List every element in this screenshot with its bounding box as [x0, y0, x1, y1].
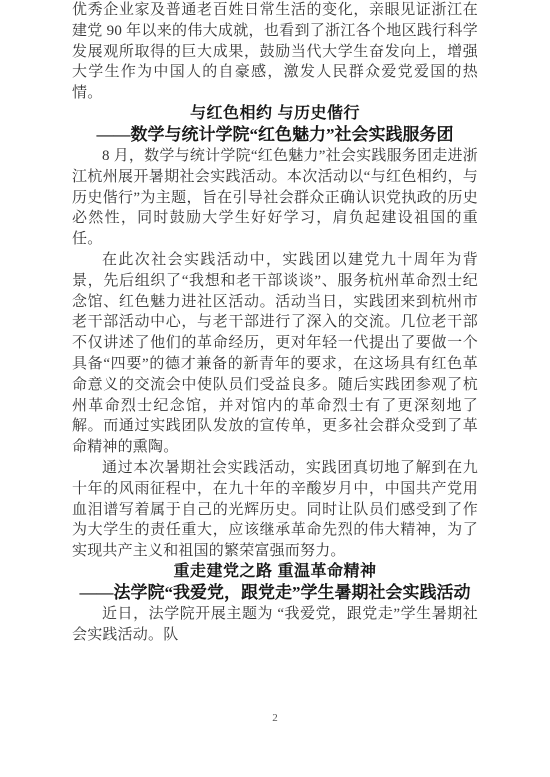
section-red-charm: 与红色相约 与历史偕行 ——数学与统计学院“红色魅力”社会实践服务团 8 月，数… [72, 104, 478, 562]
section-subtitle: ——法学院“我爱党，跟党走”学生暑期社会实践活动 [72, 582, 478, 604]
section-law-school: 重走建党之路 重温革命精神 ——法学院“我爱党，跟党走”学生暑期社会实践活动 近… [72, 562, 478, 646]
paragraph: 8 月，数学与统计学院“红色魅力”社会实践服务团走进浙江杭州展开暑期社会实践活动… [72, 146, 478, 250]
paragraph-continued: 优秀企业家及普通老百姓日常生活的变化，亲眼见证浙江在建党 90 年以来的伟大成就… [72, 0, 478, 104]
paragraph: 在此次社会实践活动中，实践团以建党九十周年为背景，先后组织了“我想和老干部谈谈”… [72, 250, 478, 458]
document-page: 优秀企业家及普通老百姓日常生活的变化，亲眼见证浙江在建党 90 年以来的伟大成就… [0, 0, 550, 777]
section-title: 与红色相约 与历史偕行 [72, 104, 478, 124]
paragraph: 通过本次暑期社会实践活动，实践团真切地了解到在九十年的风雨征程中，在九十年的辛酸… [72, 458, 478, 562]
paragraph: 近日，法学院开展主题为 “我爱党，跟党走”学生暑期社会实践活动。队 [72, 604, 478, 646]
page-content: 优秀企业家及普通老百姓日常生活的变化，亲眼见证浙江在建党 90 年以来的伟大成就… [0, 0, 550, 646]
section-subtitle: ——数学与统计学院“红色魅力”社会实践服务团 [72, 124, 478, 146]
page-number: 2 [0, 711, 550, 725]
section-title: 重走建党之路 重温革命精神 [72, 562, 478, 582]
